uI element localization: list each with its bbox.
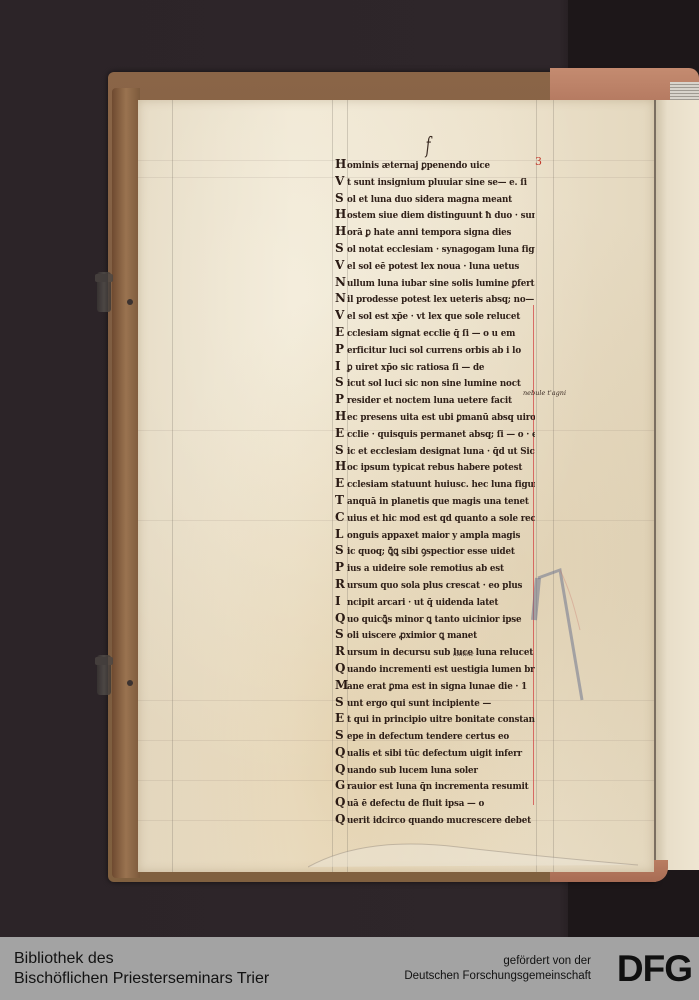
verse-line: Soli uiscere ꝓximior ꝗ manet [335, 626, 535, 643]
verse-line: Ecclesiam signat ecclie q̄ ſi — o u em [335, 324, 535, 341]
verse-line: Tanquā in planetis que magis una tenet [335, 492, 535, 509]
verse-initial: H [335, 458, 347, 475]
verse-initial: S [335, 442, 347, 459]
verse-line: Cuius et hic mod est qd quanto a sole re… [335, 509, 535, 526]
verse-text: ol et luna duo sidera magna meant [347, 192, 512, 207]
verse-line: Et qui in principio uitre bonitate const… [335, 710, 535, 727]
funding-line-2: Deutschen Forschungsgemeinschaft [404, 969, 591, 984]
verse-line: Quo quicꝗ̄s minor ꝗ tanto uicinior ipse [335, 610, 535, 627]
verse-initial: N [335, 274, 347, 291]
verse-initial: P [335, 341, 347, 358]
verse-text: ꝑ uiret xp̄o sic ratiosa ſi — de [347, 360, 484, 375]
verse-initial: P [335, 391, 347, 408]
verse-initial: Q [335, 610, 347, 627]
verse-line: Horā ꝑ hate anni tempora signa dies [335, 223, 535, 240]
funding-statement: gefördert von der Deutschen Forschungsge… [404, 954, 591, 984]
verse-line: Sic et ecclesiam designat luna · q̄d ut … [335, 442, 535, 459]
verse-initial: S [335, 626, 347, 643]
verse-text: oc ipsum typicat rebus habere potest [347, 460, 522, 475]
verse-initial: R [335, 576, 347, 593]
verse-initial: Q [335, 811, 347, 828]
verse-line: Pius a uideire sole remotius ab est [335, 559, 535, 576]
verse-line: Sic quoq; ꝗ̄ꝗ sibi ꝯspectior esse uidet [335, 542, 535, 559]
verse-initial: E [335, 710, 347, 727]
verse-text: el sol eē potest lex noua · luna uetus [347, 259, 519, 274]
verse-line: Ecclie · quisquis permanet absq; ſi — o … [335, 425, 535, 442]
verse-text: uando sub lucem luna soler [347, 763, 478, 778]
verse-initial: M [335, 677, 347, 694]
verse-line: Hostem siue diem distinguunt ħ duo · sun… [335, 206, 535, 223]
verse-text: t sunt insignium pluuiar sine se— e. ſi [347, 175, 527, 190]
verse-line: Qualis et sibi tūc defectum uigit inferr [335, 744, 535, 761]
verse-initial: G [335, 777, 347, 794]
verse-text: resider et noctem luna uetere facit [347, 393, 512, 408]
verse-line: Incipit arcari · ut q̄ uidenda latet [335, 593, 535, 610]
verse-text: anquā in planetis que magis una tenet [347, 494, 529, 509]
dfg-logo: DFG [617, 951, 692, 987]
verse-text: onguis appaxet maior y ampla magis [347, 528, 520, 543]
verse-line: Hominis æternaj ꝑpenendo uice [335, 156, 535, 173]
verse-line: Querit idcirco quando mucrescere debet [335, 811, 535, 828]
verse-text: oli uiscere ꝓximior ꝗ manet [347, 628, 477, 643]
verse-initial: E [335, 324, 347, 341]
verse-text: uā ē defectu de fluit ipsa — o [347, 796, 484, 811]
verse-text: ominis æternaj ꝑpenendo uice [347, 158, 490, 173]
verse-text: erficitur luci sol currens orbis ab i lo [347, 343, 521, 358]
verse-line: Iꝑ uiret xp̄o sic ratiosa ſi — de [335, 358, 535, 375]
rivet-icon [127, 299, 133, 305]
verse-initial: C [335, 509, 347, 526]
verse-line: Presider et noctem luna uetere facit [335, 391, 535, 408]
ruling-line [332, 100, 333, 872]
verse-initial: Q [335, 744, 347, 761]
ruling-line [536, 100, 537, 872]
verse-line: Vel sol eē potest lex noua · luna uetus [335, 257, 535, 274]
verse-initial: V [335, 307, 347, 324]
verse-initial: P [335, 559, 347, 576]
verse-initial: H [335, 408, 347, 425]
faint-drawing-icon [520, 560, 590, 710]
verse-text: el sol est xp̄e · vt lex que sole reluce… [347, 309, 520, 324]
red-numeral: 3 [535, 155, 542, 168]
verse-initial: E [335, 475, 347, 492]
ruling-line [553, 100, 554, 872]
verse-line: Hoc ipsum typicat rebus habere potest [335, 458, 535, 475]
verse-text: ullum luna iubar sine solis lumine ꝑfert [347, 276, 534, 291]
verse-line: Nullum luna iubar sine solis lumine ꝑfer… [335, 274, 535, 291]
verse-line: Vel sol est xp̄e · vt lex que sole reluc… [335, 307, 535, 324]
verse-initial: H [335, 223, 347, 240]
verse-initial: I [335, 593, 347, 610]
verse-text: icut sol luci sic non sine lumine noct [347, 376, 521, 391]
verse-text: ec presens uita est ubi ꝑmanū absq uiroe [347, 410, 535, 425]
rivet-icon [127, 680, 133, 686]
verse-line: Perficitur luci sol currens orbis ab i l… [335, 341, 535, 358]
facing-page-edge [654, 100, 699, 870]
verse-text: cclesiam statuunt huiusc. hec luna figur… [347, 477, 535, 492]
verse-line: Longuis appaxet maior y ampla magis [335, 526, 535, 543]
verse-initial: R [335, 643, 347, 660]
verse-text: ic et ecclesiam designat luna · q̄d ut S… [347, 444, 535, 459]
verse-initial: Q [335, 794, 347, 811]
verse-text: uo quicꝗ̄s minor ꝗ tanto uicinior ipse [347, 612, 521, 627]
verse-initial: N [335, 290, 347, 307]
verse-text: ualis et sibi tūc defectum uigit inferr [347, 746, 522, 761]
verse-initial: H [335, 156, 347, 173]
verse-text: ol notat ecclesiam · synagogam luna figū… [347, 242, 535, 257]
cover-board-edge [112, 88, 140, 878]
verse-text: il prodesse potest lex ueteris absq; no— [347, 292, 534, 307]
marginal-note: nebule t'agni [523, 389, 566, 397]
verse-initial: S [335, 190, 347, 207]
verse-text: cclie · quisquis permanet absq; ſi — o ·… [347, 427, 535, 442]
verse-initial: S [335, 374, 347, 391]
verse-line: Ecclesiam statuunt huiusc. hec luna figu… [335, 475, 535, 492]
verse-column: Hominis æternaj ꝑpenendo uiceVt sunt ins… [335, 156, 535, 828]
verse-line: Sunt ergo qui sunt incipiente — [335, 694, 535, 711]
ruling-line [172, 100, 173, 872]
verse-initial: S [335, 727, 347, 744]
verse-initial: Q [335, 660, 347, 677]
verse-line: Nil prodesse potest lex ueteris absq; no… [335, 290, 535, 307]
verse-line: Sepe in defectum tendere certus eo [335, 727, 535, 744]
page-fold-shadow [308, 835, 648, 872]
verse-line: Sol notat ecclesiam · synagogam luna fig… [335, 240, 535, 257]
verse-text: ostem siue diem distinguunt ħ duo · sunt [347, 208, 535, 223]
verse-text: ncipit arcari · ut q̄ uidenda latet [347, 595, 498, 610]
verse-initial: H [335, 206, 347, 223]
library-line-1: Bibliothek des [14, 949, 269, 969]
verse-text: ursum quo sola plus crescat · eo plus [347, 578, 522, 593]
interlinear-note: lumine [453, 651, 474, 658]
verse-line: Grauior est luna q̄n incrementa resumit [335, 777, 535, 794]
library-line-2: Bischöflichen Priesterseminars Trier [14, 969, 269, 989]
verse-text: ursum in decursu sub luce luna relucet [347, 645, 533, 660]
verse-line: Quando sub lucem luna soler [335, 761, 535, 778]
verse-initial: V [335, 173, 347, 190]
verse-initial: S [335, 542, 347, 559]
verse-text: epe in defectum tendere certus eo [347, 729, 509, 744]
verse-text: ane erat ꝑma est in signa lunae die · 1 [347, 679, 527, 694]
verse-initial: T [335, 492, 347, 509]
verse-text: rauior est luna q̄n incrementa resumit [347, 779, 529, 794]
verse-text: unt ergo qui sunt incipiente — [347, 696, 491, 711]
verse-text: uius et hic mod est qd quanto a sole rec… [347, 511, 535, 526]
verse-text: t qui in principio uitre bonitate consta… [347, 712, 535, 727]
verse-line: Quando incrementi est uestigia lumen br [335, 660, 535, 677]
funding-line-1: gefördert von der [404, 954, 591, 969]
verse-text: cclesiam signat ecclie q̄ ſi — o u em [347, 326, 515, 341]
verse-line: Hec presens uita est ubi ꝑmanū absq uiro… [335, 408, 535, 425]
verse-initial: S [335, 694, 347, 711]
verse-initial: Q [335, 761, 347, 778]
verse-initial: V [335, 257, 347, 274]
verse-line: Vt sunt insignium pluuiar sine se— e. ſi [335, 173, 535, 190]
verse-line: Sicut sol luci sic non sine lumine noct [335, 374, 535, 391]
verse-text: orā ꝑ hate anni tempora signa dies [347, 225, 511, 240]
verse-text: uerit idcirco quando mucrescere debet [347, 813, 531, 828]
verse-text: uando incrementi est uestigia lumen br [347, 662, 535, 677]
verse-initial: L [335, 526, 347, 543]
verse-line: Quā ē defectu de fluit ipsa — o [335, 794, 535, 811]
verse-initial: I [335, 358, 347, 375]
footer-banner: Bibliothek des Bischöflichen Priestersem… [0, 937, 699, 1000]
verse-line: Sol et luna duo sidera magna meant [335, 190, 535, 207]
clasp-icon [97, 655, 111, 695]
verse-initial: S [335, 240, 347, 257]
library-name: Bibliothek des Bischöflichen Priestersem… [14, 949, 269, 989]
verse-line: Mane erat ꝑma est in signa lunae die · 1 [335, 677, 535, 694]
verse-line: Rursum in decursu sub luce luna relucet [335, 643, 535, 660]
verse-text: ic quoq; ꝗ̄ꝗ sibi ꝯspectior esse uidet [347, 544, 515, 559]
verse-initial: E [335, 425, 347, 442]
clasp-icon [97, 272, 111, 312]
verse-line: Rursum quo sola plus crescat · eo plus [335, 576, 535, 593]
verse-text: ius a uideire sole remotius ab est [347, 561, 504, 576]
